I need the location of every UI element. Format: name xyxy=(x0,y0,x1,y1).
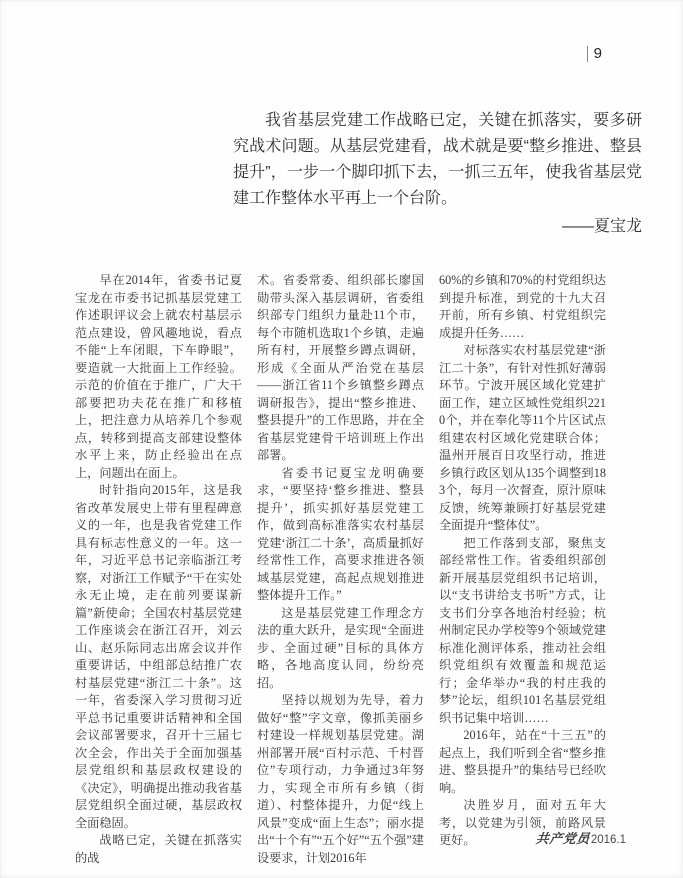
paragraph: 这是基层党建工作理念方法的重大跃升，是实现“全面进步、全面过硬”目标的具体方略，… xyxy=(257,605,424,693)
issue-number: 2016.1 xyxy=(591,834,626,846)
paragraph: 把工作落到支部，聚焦支部经常性工作。省委组织部创新开展基层党组织书记培训，以“支… xyxy=(439,535,606,728)
paragraph: 对标落实农村基层党建“浙江二十条”，有针对性抓好薄弱环节。宁波开展区域化党建扩面… xyxy=(439,342,606,535)
page-number-value: 9 xyxy=(594,45,603,62)
paragraph: 省委书记夏宝龙明确要求，“要坚持‘整乡推进、整县提升’，抓实抓好基层党建工作，做… xyxy=(257,465,424,605)
magazine-page: 9 我省基层党建工作战略已定，关键在抓落实，要多研究战术问题。从基层党建看，战术… xyxy=(0,0,683,878)
paragraph-continuation: 60%的乡镇和70%的村党组织达到提升标准，到党的十九大召开前，所有乡镇、村党组… xyxy=(439,272,606,342)
pull-quote-attribution: ——夏宝龙 xyxy=(233,214,642,240)
magazine-logo: 共产党员 xyxy=(535,828,591,847)
body-column-3: 60%的乡镇和70%的村党组织达到提升标准，到党的十九大召开前，所有乡镇、村党组… xyxy=(439,272,606,807)
page-number: 9 xyxy=(587,45,603,62)
paragraph: 坚持以规划为先导，着力做好“整”字文章，像抓美丽乡村建设一样规划基层党建。湖州部… xyxy=(257,692,424,867)
paragraph: 2016年，站在“十三五”的起点上，我们听到全省“整乡推进、整县提升”的集结号已… xyxy=(439,727,606,797)
footer: 共产党员 2016.1 xyxy=(536,828,626,847)
body-columns: 早在2014年，省委书记夏宝龙在市委书记抓基层党建工作述职评议会上就农村基层示范… xyxy=(75,272,606,807)
page-number-rule xyxy=(587,46,588,62)
body-column-2: 术。省委常委、组织部长廖国勋带头深入基层调研，省委组织部专门组织力量赴11个市，… xyxy=(257,272,424,807)
body-column-1: 早在2014年，省委书记夏宝龙在市委书记抓基层党建工作述职评议会上就农村基层示范… xyxy=(75,272,242,807)
paragraph: 战略已定，关键在抓落实的战 xyxy=(75,832,242,867)
pull-quote-text: 我省基层党建工作战略已定，关键在抓落实，要多研究战术问题。从基层党建看，战术就是… xyxy=(233,108,642,212)
paragraph: 时针指向2015年，这是我省改革发展史上带有里程碑意义的一年，也是我省党建工作具… xyxy=(75,482,242,832)
paragraph: 早在2014年，省委书记夏宝龙在市委书记抓基层党建工作述职评议会上就农村基层示范… xyxy=(75,272,242,482)
paragraph-continuation: 术。省委常委、组织部长廖国勋带头深入基层调研，省委组织部专门组织力量赴11个市，… xyxy=(257,272,424,465)
pull-quote: 我省基层党建工作战略已定，关键在抓落实，要多研究战术问题。从基层党建看，战术就是… xyxy=(233,108,642,240)
